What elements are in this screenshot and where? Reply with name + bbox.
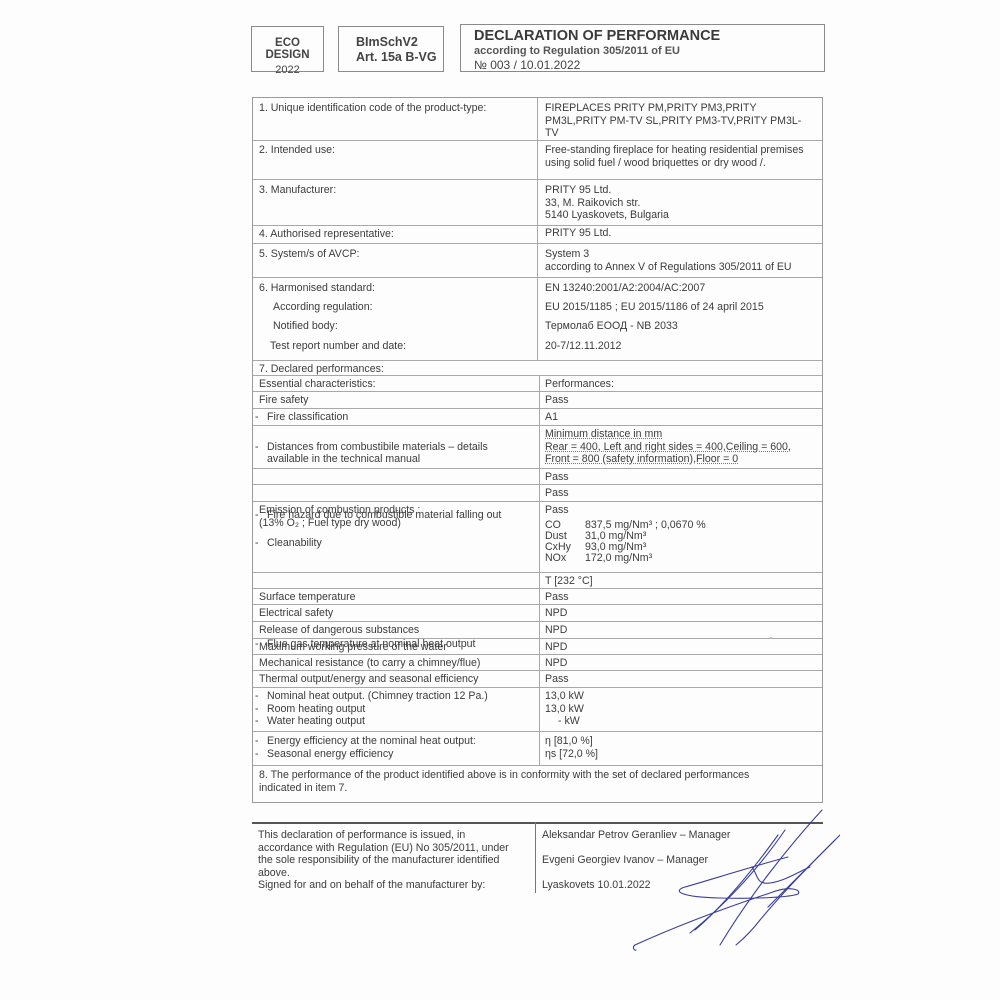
s3-label: 3. Manufacturer: xyxy=(259,184,336,197)
s4-value: PRITY 95 Ltd. xyxy=(545,227,611,240)
s1-value-line: TV xyxy=(545,127,801,140)
s1-value-line: FIREPLACES PRITY PM,PRITY PM3,PRITY xyxy=(545,102,801,115)
cleanability-label: Cleanability xyxy=(257,537,826,550)
footer-line: This declaration of performance is issue… xyxy=(258,829,509,842)
distances-value-line: Minimum distance in mm xyxy=(545,428,791,441)
emission-nox-value: 172,0 mg/Nm³ xyxy=(585,553,706,564)
eco-design-year: 2022 xyxy=(252,64,323,76)
s6-label: 6. Harmonised standard: xyxy=(259,282,375,295)
distances-value-line: Rear = 400, Left and right sides = 400,C… xyxy=(545,441,791,454)
thermal-output-value: Pass xyxy=(545,673,569,686)
signature-icon xyxy=(610,805,840,955)
outputs-values: 13,0 kW 13,0 kW - kW xyxy=(545,690,584,728)
footer-declaration-text: This declaration of performance is issue… xyxy=(258,829,509,892)
dangerous-substances-label: Release of dangerous substances xyxy=(259,624,419,637)
efficiency-values: η [81,0 %] ηs [72,0 %] xyxy=(545,735,598,760)
manufacturer-city: 5140 Lyaskovets, Bulgaria xyxy=(545,209,669,222)
s5-value: System 3 according to Annex V of Regulat… xyxy=(545,248,792,273)
s1-value: FIREPLACES PRITY PM,PRITY PM3,PRITY PM3L… xyxy=(545,102,801,140)
seasonal-efficiency-value: ηs [72,0 %] xyxy=(545,748,598,761)
emission-nox-name: NOx xyxy=(545,553,579,564)
s8-line: indicated in item 7. xyxy=(259,782,749,795)
notified-body-label: Notified body: xyxy=(273,320,338,333)
electrical-safety-label: Electrical safety xyxy=(259,607,333,620)
regulation-value: EU 2015/1185 ; EU 2015/1186 of 24 april … xyxy=(545,301,764,314)
footer-line: accordance with Regulation (EU) No 305/2… xyxy=(258,842,509,855)
fire-classification-value: A1 xyxy=(545,411,558,424)
energy-efficiency-label: Energy efficiency at the nominal heat ou… xyxy=(257,735,476,748)
performance-table: 1. Unique identification code of the pro… xyxy=(252,97,823,803)
bimschv-box: BImSchV2 Art. 15a B-VG xyxy=(338,26,444,72)
test-report-value: 20-7/12.11.2012 xyxy=(545,340,621,353)
room-heating-output-value: 13,0 kW xyxy=(545,703,584,716)
scan-speck xyxy=(770,637,772,639)
distances-value-line: Front = 800 (safety information),Floor =… xyxy=(545,453,791,466)
flue-gas-value: T [232 °C] xyxy=(545,575,593,588)
notified-body-value: Термолаб ЕООД - NB 2033 xyxy=(545,320,678,333)
cleanability-text: Cleanability xyxy=(267,537,322,549)
nominal-heat-output-value: 13,0 kW xyxy=(545,690,584,703)
electrical-safety-value: NPD xyxy=(545,607,567,620)
footer-line: Signed for and on behalf of the manufact… xyxy=(258,879,509,892)
s2-value-line: Free-standing fireplace for heating resi… xyxy=(545,144,804,157)
regulation-label: According regulation: xyxy=(273,301,373,314)
emission-label-line: Emission of combustion products : xyxy=(259,504,420,517)
emission-label: Emission of combustion products : (13% O… xyxy=(259,504,420,529)
room-heating-output-label: Room heating output xyxy=(257,703,488,716)
s5-value-line: according to Annex V of Regulations 305/… xyxy=(545,261,792,274)
footer-line: the sole responsibility of the manufactu… xyxy=(258,854,509,867)
s5-value-line: System 3 xyxy=(545,248,792,261)
footer-line: above. xyxy=(258,867,509,880)
fire-safety-label: Fire safety xyxy=(259,394,308,407)
thermal-output-label: Thermal output/energy and seasonal effic… xyxy=(259,673,478,686)
declaration-document: ECO DESIGN 2022 BImSchV2 Art. 15a B-VG D… xyxy=(0,0,1000,1000)
mechanical-resistance-label: Mechanical resistance (to carry a chimne… xyxy=(259,657,480,670)
dop-title-box: DECLARATION OF PERFORMANCE according to … xyxy=(460,24,825,72)
surface-temp-label: Surface temperature xyxy=(259,591,356,604)
s8-conformity-text: 8. The performance of the product identi… xyxy=(259,769,749,794)
s2-value: Free-standing fireplace for heating resi… xyxy=(545,144,804,169)
fire-safety-value: Pass xyxy=(545,394,569,407)
bimschv-label: BImSchV2 xyxy=(356,35,443,50)
water-pressure-value: NPD xyxy=(545,641,567,654)
document-title: DECLARATION OF PERFORMANCE xyxy=(474,28,824,44)
fire-hazard-value: Pass xyxy=(545,471,569,484)
seasonal-efficiency-label: Seasonal energy efficiency xyxy=(257,748,476,761)
nominal-heat-output-label: Nominal heat output. (Chimney traction 1… xyxy=(257,690,488,703)
manufacturer-street: 33, M. Raikovich str. xyxy=(545,197,669,210)
s1-value-line: PM3L,PRITY PM-TV SL,PRITY PM3-TV,PRITY P… xyxy=(545,115,801,128)
col-essential-characteristics: Essential characteristics: xyxy=(259,378,376,391)
test-report-label: Test report number and date: xyxy=(270,340,406,353)
s7-label: 7. Declared performances: xyxy=(259,363,384,376)
s6-value: EN 13240:2001/A2:2004/AC:2007 xyxy=(545,282,705,295)
water-heating-output-value: - kW xyxy=(545,715,584,728)
bvg-label: Art. 15a B-VG xyxy=(356,50,443,65)
s2-value-line: using solid fuel / wood briquettes or dr… xyxy=(545,157,804,170)
dangerous-substances-value: NPD xyxy=(545,624,567,637)
s3-value: PRITY 95 Ltd. 33, M. Raikovich str. 5140… xyxy=(545,184,669,222)
s4-label: 4. Authorised representative: xyxy=(259,228,394,241)
emission-value: Pass xyxy=(545,504,569,517)
energy-efficiency-value: η [81,0 %] xyxy=(545,735,598,748)
outputs-labels: Nominal heat output. (Chimney traction 1… xyxy=(257,690,488,728)
s2-label: 2. Intended use: xyxy=(259,144,335,157)
fire-classification-text: Fire classification xyxy=(267,411,348,423)
emission-list: CO 837,5 mg/Nm³ ; 0,0670 % Dust 31,0 mg/… xyxy=(545,520,706,564)
s5-label: 5. System/s of AVCP: xyxy=(259,248,359,261)
water-pressure-label: Maximum working pressure of the water xyxy=(259,641,447,654)
surface-temp-value: Pass xyxy=(545,591,569,604)
eco-design-box: ECO DESIGN 2022 xyxy=(251,26,324,72)
cleanability-value: Pass xyxy=(545,487,569,500)
eco-design-label: ECO DESIGN xyxy=(252,37,323,61)
water-heating-output-label: Water heating output xyxy=(257,715,488,728)
emission-label-line: (13% O₂ ; Fuel type dry wood) xyxy=(259,517,420,530)
mechanical-resistance-value: NPD xyxy=(545,657,567,670)
efficiency-labels: Energy efficiency at the nominal heat ou… xyxy=(257,735,476,760)
s8-line: 8. The performance of the product identi… xyxy=(259,769,749,782)
col-performances: Performances: xyxy=(545,378,614,391)
distances-value: Minimum distance in mm Rear = 400, Left … xyxy=(545,428,791,466)
document-number: № 003 / 10.01.2022 xyxy=(474,58,824,72)
document-subtitle: according to Regulation 305/2011 of EU xyxy=(474,45,824,57)
footer-column-divider xyxy=(535,822,536,893)
manufacturer-name: PRITY 95 Ltd. xyxy=(545,184,669,197)
s1-label: 1. Unique identification code of the pro… xyxy=(259,102,486,115)
fire-classification-label: Fire classification xyxy=(257,411,826,424)
